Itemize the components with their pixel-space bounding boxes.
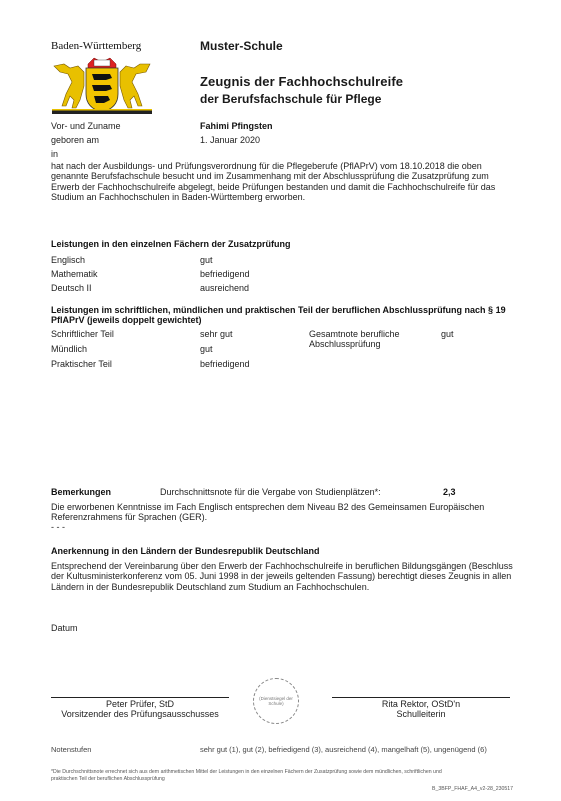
subject-label: Englisch (51, 255, 85, 265)
overall-grade-label: Gesamtnote berufliche Abschlussprüfung (309, 329, 419, 349)
average-grade-value: 2,3 (443, 487, 456, 497)
remarks-text: Die erworbenen Kenntnisse im Fach Englis… (51, 502, 516, 523)
coat-of-arms-icon (50, 56, 154, 114)
additional-exam-heading: Leistungen in den einzelnen Fächern der … (51, 239, 291, 249)
subject-grade: ausreichend (200, 283, 249, 293)
birth-place-label: in (51, 149, 58, 159)
remarks-label: Bemerkungen (51, 487, 111, 497)
recognition-heading: Anerkennung in den Ländern der Bundesrep… (51, 546, 320, 556)
vocational-exam-heading: Leistungen im schriftlichen, mündlichen … (51, 305, 521, 325)
exam-part-grade: befriedigend (200, 359, 250, 369)
subject-label: Mathematik (51, 269, 98, 279)
exam-part-label: Schriftlicher Teil (51, 329, 114, 339)
signatory-right-role: Schulleiterin (332, 709, 510, 719)
name-label: Vor- und Zuname (51, 121, 121, 131)
signature-right: Rita Rektor, OStD'n Schulleiterin (332, 699, 510, 719)
exam-part-label: Mündlich (51, 344, 87, 354)
signatory-right-name: Rita Rektor, OStD'n (332, 699, 510, 709)
exam-part-grade: gut (200, 344, 213, 354)
birth-date-label: geboren am (51, 135, 99, 145)
signatory-left-role: Vorsitzender des Prüfungsausschusses (51, 709, 229, 719)
exam-part-grade: sehr gut (200, 329, 233, 339)
subject-grade: gut (200, 255, 213, 265)
state-name: Baden-Württemberg (51, 40, 141, 52)
seal-text: (Dienstsiegel der Schule) (254, 696, 298, 707)
document-code: B_3BFP_FHAF_A4_v2-28_230517 (432, 786, 513, 793)
remarks-filler: - - - (51, 522, 65, 532)
grade-scale-text: sehr gut (1), gut (2), befriedigend (3),… (200, 745, 487, 754)
official-seal-placeholder: (Dienstsiegel der Schule) (253, 678, 299, 724)
exam-part-label: Praktischer Teil (51, 359, 112, 369)
subject-label: Deutsch II (51, 283, 92, 293)
signature-left: Peter Prüfer, StD Vorsitzender des Prüfu… (51, 699, 229, 719)
date-label: Datum (51, 623, 78, 633)
signature-line-left (51, 697, 229, 698)
student-name: Fahimi Pfingsten (200, 121, 273, 131)
footnote: *Die Durchschnittsnote errechnet sich au… (51, 769, 451, 782)
intro-paragraph: hat nach der Ausbildungs- und Prüfungsve… (51, 161, 516, 202)
birth-date: 1. Januar 2020 (200, 135, 260, 145)
recognition-text: Entsprechend der Vereinbarung über den E… (51, 561, 516, 592)
signature-line-right (332, 697, 510, 698)
average-grade-label: Durchschnittsnote für die Vergabe von St… (160, 487, 381, 497)
document-title: Zeugnis der Fachhochschulreife (200, 74, 403, 89)
signatory-left-name: Peter Prüfer, StD (51, 699, 229, 709)
overall-grade: gut (441, 329, 454, 339)
document-subtitle: der Berufsfachschule für Pflege (200, 92, 381, 106)
school-name: Muster-Schule (200, 39, 283, 53)
grade-scale-label: Notenstufen (51, 745, 91, 754)
subject-grade: befriedigend (200, 269, 250, 279)
